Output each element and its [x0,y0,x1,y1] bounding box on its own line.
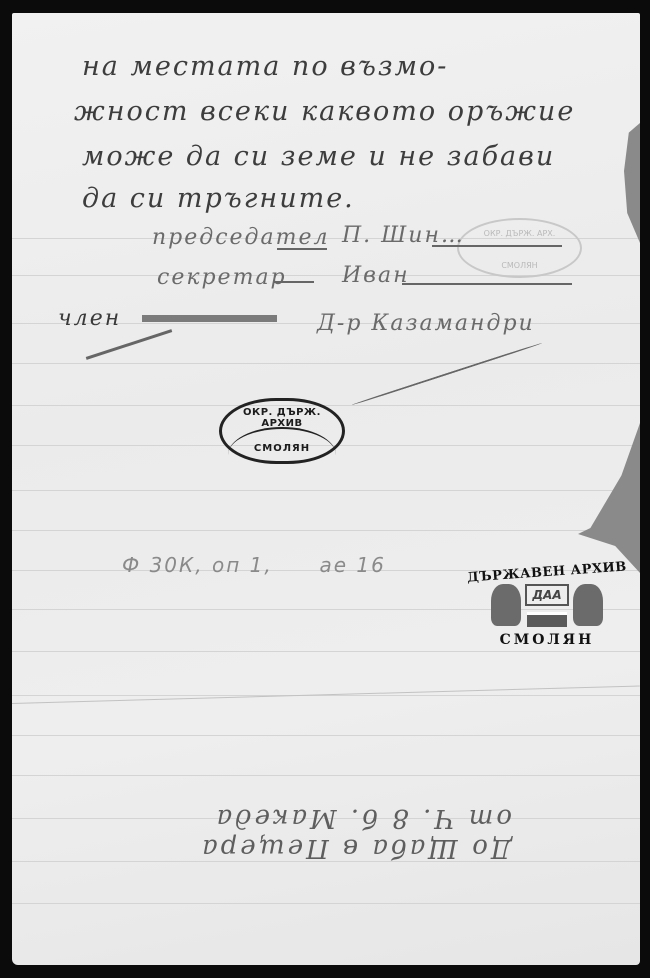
signature-flourish [402,283,572,285]
regional-archive-stamp: ОКР. ДЪРЖ. АРХИВ СМОЛЯН [219,398,345,464]
ruled-line [12,775,640,776]
stamp-bottom-text: СМОЛЯН [222,443,342,454]
ruled-line [12,530,640,531]
lion-icon [491,584,521,626]
ref-fond: Ф 30К [122,553,195,577]
signature-name-member: Д-р Казамандри [317,311,535,336]
stamp-top-text: ОКР. ДЪРЖ. АРХИВ [222,407,342,429]
signature-dash [277,248,327,250]
faded-stamp-bottom-text: СМОЛЯН [459,261,580,270]
struck-out-name [142,315,277,322]
signature-role-secretary: секретар [157,265,287,290]
ruled-line [12,735,640,736]
ref-ae: ае 16 [319,553,385,577]
signature-flourish [432,245,562,247]
signature-name-secretary: Иван [342,263,410,288]
address-line: До Щаба в Пещера [62,833,522,863]
address-line: от Ч. 8 б. Македа [62,803,522,833]
ruled-line [12,903,640,904]
faded-archive-stamp: ОКР. ДЪРЖ. АРХ. СМОЛЯН [457,218,582,278]
torn-edge [624,123,640,243]
upside-down-address-note: До Щаба в Пещера от Ч. 8 б. Македа [62,803,522,863]
body-line: може да си земе и не забави [82,141,555,172]
signature-role-member: член [58,306,121,331]
body-line: да си тръгните. [82,183,355,214]
ruled-line [12,363,640,364]
signature-dash [274,281,314,283]
body-line: на местата по възмо- [82,51,448,82]
ruled-line [12,490,640,491]
scanned-paper-page: на местата по възмо- жност всеки каквото… [12,13,640,965]
archive-reference: Ф 30К, оп 1, ае 16 [122,553,386,577]
flag-icon [527,612,567,627]
pen-stroke [86,329,173,360]
archive-monogram: ДАА [525,584,569,606]
signature-role-chairman: председател [152,225,330,250]
signature-flourish [352,342,543,406]
lion-icon [573,584,603,626]
state-archive-logo: ДЪРЖАВЕН АРХИВ ДАА СМОЛЯН [467,563,627,658]
archive-logo-city: СМОЛЯН [467,632,627,648]
lion-emblem-icon: ДАА [487,582,607,630]
ref-opis: оп 1 [212,553,264,577]
faded-stamp-top-text: ОКР. ДЪРЖ. АРХ. [459,229,580,238]
body-line: жност всеки каквото оръжие [74,96,575,127]
